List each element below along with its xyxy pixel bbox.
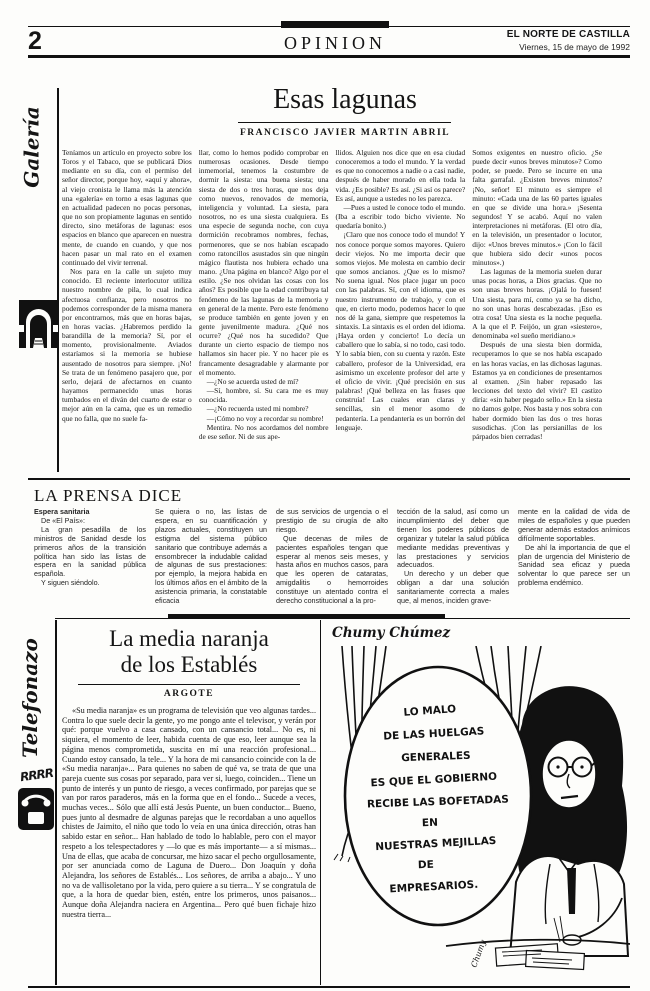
paragraph: Y siguen siéndolo. xyxy=(34,579,146,588)
paragraph: llar, como lo hemos podido comprobar en … xyxy=(199,148,329,377)
main-article-byline: FRANCISCO JAVIER MARTIN ABRIL xyxy=(150,128,540,138)
paragraph: tección de la salud, así como un incumpl… xyxy=(397,508,509,570)
telefonazo-byline: ARGOTE xyxy=(60,689,318,699)
paragraph: Un derecho y un deber que obligan a dar … xyxy=(397,570,509,606)
prensa-column-1: Espera sanitaria De «El País»: La gran p… xyxy=(34,508,146,614)
paragraph: Teníamos un artículo en proyecto sobre l… xyxy=(62,148,192,267)
phone-ring-text: RRRR xyxy=(19,766,54,784)
paragraph: Somos exigentes en nuestro oficio. ¿Se p… xyxy=(472,148,602,267)
prensa-top-rule xyxy=(28,478,630,480)
prensa-dice-heading: LA PRENSA DICE xyxy=(34,486,182,506)
byline-rule xyxy=(238,122,451,123)
paragraph: Después de una siesta bien dormida, recu… xyxy=(472,340,602,441)
header-bottom-rule xyxy=(28,55,630,58)
paragraph: mente en la calidad de vida de miles de … xyxy=(518,508,630,544)
prensa-dice-columns: Espera sanitaria De «El País»: La gran p… xyxy=(34,508,630,614)
galeria-kicker: Galería xyxy=(10,92,54,202)
bottom-black-bar xyxy=(168,614,445,619)
article-column-2: llar, como lo hemos podido comprobar en … xyxy=(199,148,329,472)
prensa-column-5: mente en la calidad de vida de miles de … xyxy=(518,508,630,614)
prensa-column-3: de sus servicios de urgencia o el presti… xyxy=(276,508,388,614)
paragraph: De ahí la importancia de que el plan de … xyxy=(518,544,630,589)
paragraph: llidos. Alguien nos dice que en esa ciud… xyxy=(336,148,466,203)
paragraph: —Pues a usted le conoce todo el mundo. (… xyxy=(336,203,466,230)
paragraph: ¡Claro que nos conoce todo el mundo! Y n… xyxy=(336,230,466,431)
section-title: OPINION xyxy=(265,33,405,54)
article-column-4: Somos exigentes en nuestro oficio. ¿Se p… xyxy=(472,148,602,472)
paragraph: Se quiera o no, las listas de espera, en… xyxy=(155,508,267,606)
masthead-name: EL NORTE DE CASTILLA xyxy=(420,29,630,42)
paragraph: de sus servicios de urgencia o el presti… xyxy=(276,508,388,535)
paragraph: «Su media naranja» es un programa de tel… xyxy=(62,706,316,919)
newspaper-page: 2 OPINION EL NORTE DE CASTILLA Viernes, … xyxy=(0,0,650,991)
main-article-columns: Teníamos un artículo en proyecto sobre l… xyxy=(62,148,602,472)
cartoon-drawing: LO MALO DE LAS HUELGAS GENERALES ES QUE … xyxy=(326,646,630,984)
main-article-title: Esas lagunas xyxy=(150,84,540,116)
masthead: EL NORTE DE CASTILLA Viernes, 15 de mayo… xyxy=(420,29,630,52)
article-column-1: Teníamos un artículo en proyecto sobre l… xyxy=(62,148,192,472)
prensa-column-2: Se quiera o no, las listas de espera, en… xyxy=(155,508,267,614)
paragraph: Las lagunas de la memoria suelen durar u… xyxy=(472,267,602,340)
bubble-line: GENERALES xyxy=(401,750,471,764)
telefonazo-title: La media naranja de los Establés xyxy=(60,626,318,678)
paragraph: —¿No recuerda usted mi nombre? xyxy=(199,404,329,413)
prensa-column-4: tección de la salud, así como un incumpl… xyxy=(397,508,509,614)
paragraph: —Sí, hombre, sí. Su cara me es muy conoc… xyxy=(199,386,329,404)
paragraph: Que decenas de miles de pacientes españo… xyxy=(276,535,388,606)
telefonazo-kicker-label: Telefonazo xyxy=(18,638,42,758)
bubble-line: DE xyxy=(418,859,434,872)
paragraph: La gran pesadilla de los ministros de Sa… xyxy=(34,526,146,579)
article-column-3: llidos. Alguien nos dice que en esa ciud… xyxy=(336,148,466,472)
paragraph: Mentira. No nos acordamos del nombre de … xyxy=(199,423,329,441)
telefonazo-body: «Su media naranja» es un programa de tel… xyxy=(62,706,316,984)
bubble-line: EN xyxy=(422,817,438,830)
telefonazo-title-line2: de los Establés xyxy=(60,652,318,678)
masthead-date: Viernes, 15 de mayo de 1992 xyxy=(420,42,630,53)
page-number: 2 xyxy=(28,27,42,56)
paragraph: —¿No se acuerda usted de mí? xyxy=(199,377,329,386)
section-black-bar xyxy=(281,21,389,28)
galeria-divider xyxy=(57,88,59,472)
cartoon-author: Chumy Chúmez xyxy=(332,625,450,641)
argote-rule xyxy=(78,684,300,685)
cartoon-divider xyxy=(320,620,321,985)
paragraph: —¡Cómo no voy a recordar su nombre! xyxy=(199,414,329,423)
gallery-arch-icon xyxy=(19,300,58,356)
ringing-phone-icon: RRRR xyxy=(14,766,58,834)
editorial-cartoon: LO MALO DE LAS HUELGAS GENERALES ES QUE … xyxy=(326,646,630,984)
galeria-kicker-label: Galería xyxy=(20,106,44,187)
page-bottom-rule xyxy=(28,986,630,988)
telefonazo-title-line1: La media naranja xyxy=(60,626,318,652)
telefonazo-kicker: Telefonazo xyxy=(8,630,52,765)
paragraph: Nos para en la calle un sujeto muy conoc… xyxy=(62,267,192,423)
